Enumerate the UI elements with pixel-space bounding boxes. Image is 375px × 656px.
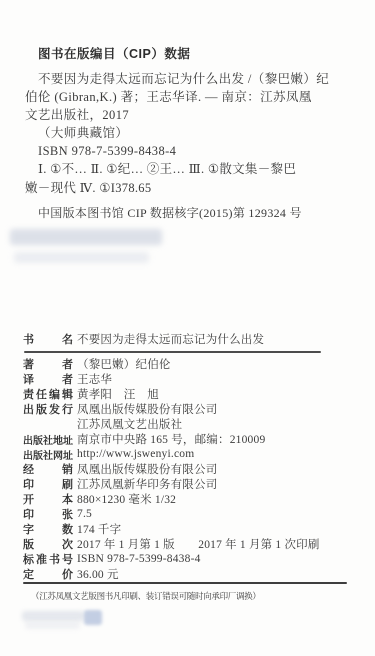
colophon-label: 印张	[23, 506, 73, 522]
cip-header: 图书在版编目（CIP）数据	[38, 44, 190, 62]
cip-classification-line: 嫩－现代 Ⅳ. ①I378.65	[25, 179, 365, 198]
table-row-publisher: 出版发行 凤凰出版传媒股份有限公司	[0, 402, 375, 417]
show-through-smudge	[10, 229, 162, 245]
colophon-label: 经销	[23, 461, 73, 477]
colophon-label: 出版发行	[23, 401, 73, 417]
colophon-value: （黎巴嫩）纪伯伦	[77, 356, 171, 372]
colophon-value: 36.00 元	[77, 566, 119, 582]
show-through-smudge	[25, 622, 80, 629]
cip-isbn-line: ISBN 978-7-5399-8438-4	[25, 142, 355, 160]
table-row-author: 著者 （黎巴嫩）纪伯伦	[0, 357, 375, 372]
cip-series-line: （大师典藏馆）	[25, 124, 355, 142]
table-row-price: 定价 36.00 元	[0, 567, 375, 582]
colophon-value: 黄孝阳 汪 旭	[77, 386, 159, 402]
table-row-title: 书名 不要因为走得太远而忘记为什么出发	[0, 331, 375, 346]
colophon-value: 凤凰出版传媒股份有限公司	[77, 461, 217, 477]
show-through-smudge	[14, 252, 149, 263]
table-row-address: 出版社地址 南京市中央路 165 号，邮编：210009	[0, 432, 375, 447]
colophon-label: 标准书号	[23, 551, 73, 567]
colophon-label: 印刷	[23, 476, 73, 492]
table-row-translator: 译者 王志华	[0, 372, 375, 387]
show-through-smudge	[22, 611, 84, 621]
table-row-website: 出版社网址 http://www.jswenyi.com	[0, 447, 375, 462]
copyright-page: 图书在版编目（CIP）数据 不要因为走得太远而忘记为什么出发 /（黎巴嫩）纪 伯…	[0, 0, 375, 656]
colophon-value: 不要因为走得太远而忘记为什么出发	[77, 331, 264, 347]
cip-description: 不要因为走得太远而忘记为什么出发 /（黎巴嫩）纪 伯伦 (Gibran,K.) …	[25, 70, 355, 160]
colophon-value: 7.5	[77, 508, 92, 520]
colophon-label: 开本	[23, 491, 73, 507]
cip-description-line: 不要因为走得太远而忘记为什么出发 /（黎巴嫩）纪	[25, 70, 355, 88]
colophon-value: ISBN 978-7-5399-8438-4	[77, 553, 201, 565]
divider-line	[24, 351, 321, 353]
table-row-distributor: 经销 凤凰出版传媒股份有限公司	[0, 462, 375, 477]
colophon-value: 王志华	[77, 371, 112, 387]
colophon-value: http://www.jswenyi.com	[77, 448, 194, 460]
colophon-value: 880×1230 毫米 1/32	[77, 491, 176, 507]
colophon-label: 出版社地址	[23, 432, 73, 447]
colophon-label: 版次	[23, 536, 73, 552]
colophon-label: 定价	[23, 566, 73, 582]
cip-record-number: 中国版本图书馆 CIP 数据核字(2015)第 129324 号	[38, 204, 302, 221]
cip-classification: Ⅰ. ①不… Ⅱ. ①纪… ②王… Ⅲ. ①散文集－黎巴 嫩－现代 Ⅳ. ①I3…	[25, 160, 365, 198]
table-row-publisher-2: 江苏凤凰文艺出版社	[0, 417, 375, 432]
cip-classification-line: Ⅰ. ①不… Ⅱ. ①纪… ②王… Ⅲ. ①散文集－黎巴	[25, 160, 365, 179]
colophon-value: 南京市中央路 165 号，邮编：210009	[77, 431, 265, 447]
misprint-exchange-note: （江苏凤凰文艺版图书凡印刷、装订错误可随时向承印厂调换）	[31, 590, 375, 602]
table-row-format: 开本 880×1230 毫米 1/32	[0, 492, 375, 507]
table-row-edition: 版次 2017 年 1 月第 1 版 2017 年 1 月第 1 次印刷	[0, 537, 375, 552]
table-row-sheets: 印张 7.5	[0, 507, 375, 522]
colophon-label: 责任编辑	[23, 386, 73, 402]
colophon-label: 译者	[23, 371, 73, 387]
colophon-value: 江苏凤凰新华印务有限公司	[77, 476, 217, 492]
colophon-table: 书名 不要因为走得太远而忘记为什么出发 著者 （黎巴嫩）纪伯伦 译者 王志华 责…	[0, 331, 375, 602]
cip-description-line: 伯伦 (Gibran,K.) 著；王志华译. — 南京：江苏凤凰	[25, 88, 355, 106]
table-row-editor: 责任编辑 黄孝阳 汪 旭	[0, 387, 375, 402]
colophon-label: 书名	[23, 331, 73, 347]
table-row-wordcount: 字数 174 千字	[0, 522, 375, 537]
colophon-value: 2017 年 1 月第 1 版 2017 年 1 月第 1 次印刷	[77, 536, 320, 552]
colophon-value: 凤凰出版传媒股份有限公司	[77, 401, 217, 417]
cip-description-line: 文艺出版社，2017	[25, 106, 355, 124]
show-through-smudge	[84, 610, 102, 625]
table-row-printer: 印刷 江苏凤凰新华印务有限公司	[0, 477, 375, 492]
colophon-label: 著者	[23, 356, 73, 372]
colophon-label: 字数	[23, 521, 73, 537]
colophon-label: 出版社网址	[23, 447, 73, 462]
colophon-value: 江苏凤凰文艺出版社	[77, 416, 182, 432]
table-row-isbn: 标准书号 ISBN 978-7-5399-8438-4	[0, 552, 375, 567]
colophon-value: 174 千字	[77, 521, 121, 537]
